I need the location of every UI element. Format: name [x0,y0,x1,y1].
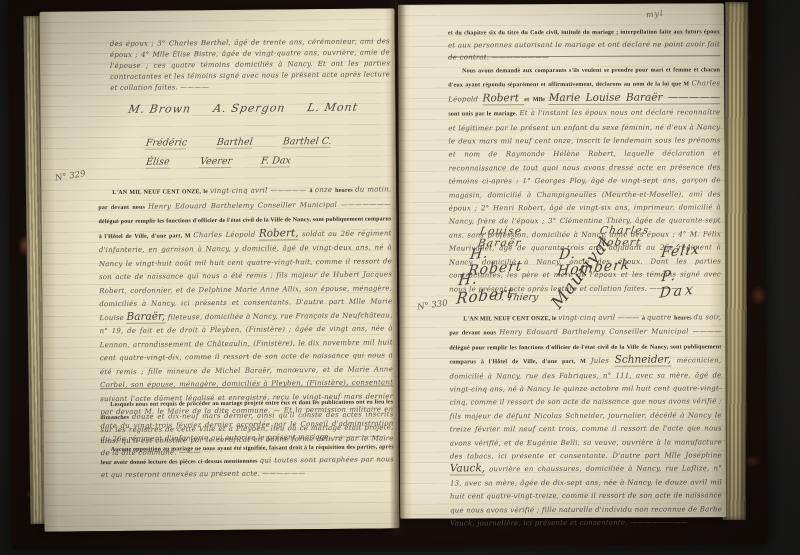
text-segment: par devant nous [98,204,148,210]
text-segment: Schneider, [615,354,671,367]
text-segment: Nous avons demandé aux comparants s'ils … [448,67,720,89]
act-number-330: N° 330 [417,298,449,312]
page-edges-right [723,2,749,520]
act-number-329: N° 329 [55,169,87,183]
text-segment: heures [335,188,355,194]
text-segment: Henry Edouard Barthelemy Conseiller Muni… [148,200,391,210]
corner-annotation: myl [645,9,664,20]
text-segment: par devant nous [449,331,499,337]
signature: Élise [145,156,170,168]
text-segment: heures [674,315,694,321]
text-segment: et Mlle [524,97,549,103]
text-segment: Robert, [259,227,299,240]
signature: Veerer [199,156,233,168]
opposition-paragraph: Aucune opposition au mariage ne nous aya… [101,439,394,479]
text-segment: Charles Léopold [193,230,259,239]
text-segment: onze [315,186,335,194]
right-page: myl et du chapitre six du titre du Code … [398,3,726,518]
text-segment: vingt-cinq avril ————— [210,186,309,195]
text-segment: Vauck, [450,463,485,476]
signatures-witnesses-row3: C. Thiery [494,292,538,303]
text-segment: et aux personnes autorisant le mariage e… [448,40,720,61]
previous-act-closing-text: des époux ; 3° Charles Berthel, âgé de t… [110,36,391,94]
text-segment: quatre [647,314,674,322]
signatures-previous-act-3: ÉliseVeererF. Dax [146,155,321,169]
text-segment: vingt-cinq avril ——— [558,314,642,322]
text-segment: ouvrière en chaussures, domiciliée à Nan… [450,465,722,528]
text-segment: du soir, [693,313,721,321]
signatures-previous-act-2: FrédéricBarthelBarthel C. [146,136,362,150]
act-330-text: L'AN MIL NEUF CENT ONZE, le vingt-cinq a… [449,309,722,529]
photo-background: des époux ; 3° Charles Berthel, âgé de t… [0,0,800,555]
text-segment: Jules [591,357,615,365]
text-segment: Robert [482,92,524,105]
text-segment: des époux ; 3° Charles Berthel, âgé de t… [110,37,390,92]
signature: Frédéric [145,137,188,149]
signature: M. Brown [127,102,192,116]
signatures-previous-act: M. BrownA. SpergonL. Mont [128,100,380,115]
signature: L. Mont [306,101,359,115]
text-segment: Marie Louise Baraër ————— [549,91,721,105]
signature: A. Spergon [212,101,286,115]
signature: P. Dax [659,265,699,306]
book-gutter-shadow [390,0,406,535]
signature: Barthel C. [282,136,332,148]
signature: Barthel [216,137,253,149]
text-segment: L'AN MIL NEUF CENT ONZE, le [463,316,558,322]
text-segment: Henry Edouard Barthelemy Conseiller Muni… [499,328,721,337]
text-segment: Baraër, [126,310,165,323]
signature: F. Dax [261,155,292,167]
signature: C. Thiery [493,292,538,303]
text-segment: mécanicien, domicilié à Nancy, rue des F… [449,357,721,461]
text-segment: L'AN MIL NEUF CENT ONZE, le [112,189,210,196]
text-segment: soldat au 26e régiment d'infanterie, en … [99,229,393,322]
text-segment: du matin, [355,185,391,193]
left-page: des époux ; 3° Charles Berthel, âgé de t… [40,8,400,531]
text-segment: sont unis par le mariage. [448,111,519,117]
text-segment: et du chapitre six du titre du Code civi… [448,29,720,36]
